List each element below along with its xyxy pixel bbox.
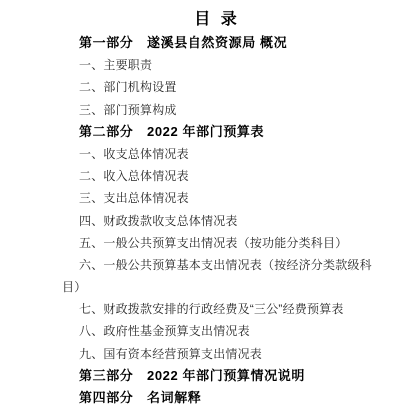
document-page: 目 录 第一部分 遂溪县自然资源局 概况 一、主要职责 二、部门机构设置 三、部… xyxy=(0,0,420,413)
toc-section-heading-part4: 第四部分 名词解释 xyxy=(62,387,372,409)
toc-item: 三、支出总体情况表 xyxy=(62,187,372,209)
toc-section-heading-part1: 第一部分 遂溪县自然资源局 概况 xyxy=(62,32,372,54)
toc-item: 三、部门预算构成 xyxy=(62,99,372,121)
toc-item: 一、收支总体情况表 xyxy=(62,143,372,165)
toc-item: 八、政府性基金预算支出情况表 xyxy=(62,320,372,342)
toc-item: 二、部门机构设置 xyxy=(62,76,372,98)
toc-item: 五、一般公共预算支出情况表（按功能分类科目） xyxy=(62,232,372,254)
toc-item: 九、国有资本经营预算支出情况表 xyxy=(62,343,372,365)
toc-item: 七、财政拨款安排的行政经费及“三公”经费预算表 xyxy=(62,298,372,320)
toc-item-continuation: 目） xyxy=(62,276,372,298)
toc-item: 四、财政拨款收支总体情况表 xyxy=(62,210,372,232)
toc-item: 一、主要职责 xyxy=(62,54,372,76)
toc-item: 六、一般公共预算基本支出情况表（按经济分类款级科 xyxy=(62,254,372,276)
table-of-contents: 目 录 第一部分 遂溪县自然资源局 概况 一、主要职责 二、部门机构设置 三、部… xyxy=(62,8,372,409)
toc-item: 二、收入总体情况表 xyxy=(62,165,372,187)
toc-section-heading-part2: 第二部分 2022 年部门预算表 xyxy=(62,121,372,143)
toc-title: 目 录 xyxy=(62,8,372,32)
toc-section-heading-part3: 第三部分 2022 年部门预算情况说明 xyxy=(62,365,372,387)
